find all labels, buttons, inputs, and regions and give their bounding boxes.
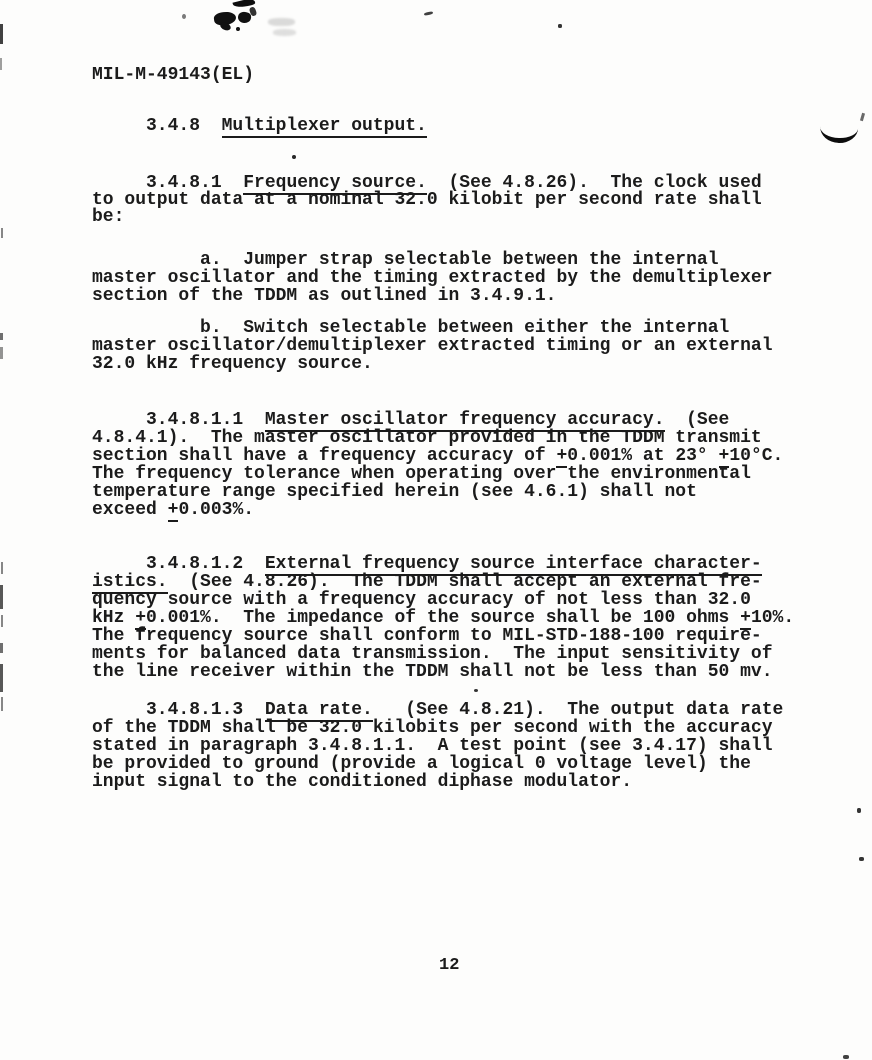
left-edge-scan-mark <box>0 24 3 44</box>
ink-speck <box>843 1055 849 1059</box>
ink-speck <box>860 113 865 122</box>
list-item-b: b. Switch selectable between either the … <box>92 319 773 373</box>
pen-mark-crescent <box>820 123 859 143</box>
paragraph-master-oscillator-accuracy: 3.4.8.1.1 Master oscillator frequency ac… <box>92 411 783 519</box>
ink-speck <box>857 808 861 813</box>
left-edge-scan-mark <box>1 615 3 627</box>
left-edge-scan-mark <box>0 585 3 609</box>
left-edge-scan-mark <box>1 562 3 574</box>
page-number: 12 <box>439 957 459 975</box>
paragraph-external-frequency-source: 3.4.8.1.2 External frequency source inte… <box>92 555 794 681</box>
list-item-a: a. Jumper strap selectable between the i… <box>92 251 773 305</box>
left-edge-scan-mark <box>0 347 3 359</box>
left-edge-scan-mark <box>1 697 3 711</box>
left-edge-scan-mark <box>0 58 2 70</box>
ink-speck <box>236 27 240 31</box>
paragraph-data-rate: 3.4.8.1.3 Data rate. (See 4.8.21). The o… <box>92 701 783 791</box>
left-edge-scan-mark <box>0 333 3 340</box>
paragraph-frequency-source: 3.4.8.1 Frequency source. (See 4.8.26). … <box>92 175 762 226</box>
ink-speck <box>859 857 864 861</box>
left-edge-scan-mark <box>1 228 3 238</box>
ink-speck <box>292 155 296 159</box>
ink-speck <box>558 24 562 28</box>
section-title: 3.4.8 Multiplexer output. <box>92 117 427 135</box>
ink-speck <box>474 689 478 692</box>
left-edge-scan-mark <box>0 643 3 653</box>
ink-streak <box>273 29 296 36</box>
ink-speck <box>424 11 433 16</box>
ink-streak <box>268 18 295 26</box>
document-number: MIL-M-49143(EL) <box>92 66 254 84</box>
left-edge-scan-mark <box>0 664 3 692</box>
ink-speck <box>182 14 186 19</box>
